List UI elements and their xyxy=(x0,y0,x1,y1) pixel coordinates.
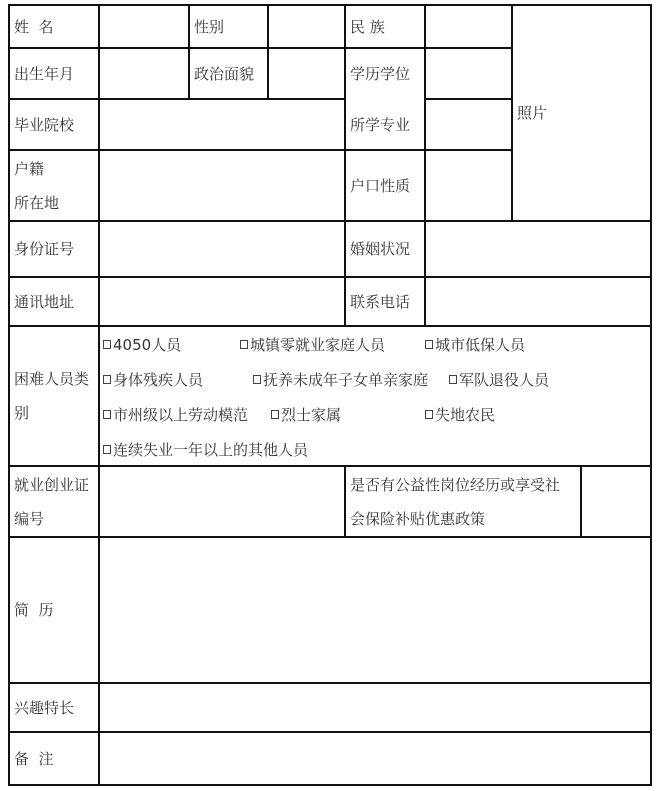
label-hardship: 困难人员类别 xyxy=(10,327,98,465)
label-school: 毕业院校 xyxy=(10,100,98,149)
hobbies-field[interactable] xyxy=(100,684,650,731)
household-type-field[interactable] xyxy=(426,151,511,220)
resume-field[interactable] xyxy=(100,538,650,682)
label-gender: 性别 xyxy=(190,6,267,47)
hardship-option[interactable]: 市州级以上劳动模范 xyxy=(103,405,248,425)
checkbox-icon[interactable] xyxy=(103,410,111,419)
label-employment-cert-line2: 编号 xyxy=(14,502,44,536)
label-political: 政治面貌 xyxy=(190,49,267,98)
label-subsidy-line1: 是否有公益性岗位经历或享受社 xyxy=(350,468,560,502)
checkbox-icon[interactable] xyxy=(103,445,111,454)
checkbox-icon[interactable] xyxy=(240,340,248,349)
label-education: 学历学位 xyxy=(346,49,424,98)
label-phone: 联系电话 xyxy=(346,278,424,325)
label-resume: 简 历 xyxy=(10,538,98,682)
household-field[interactable] xyxy=(100,151,344,220)
border xyxy=(650,4,652,786)
option-label: 城市低保人员 xyxy=(435,336,525,354)
label-household-line2: 所在地 xyxy=(14,186,59,220)
label-name: 姓 名 xyxy=(10,6,98,47)
option-label: 身体残疾人员 xyxy=(113,371,203,389)
label-major: 所学专业 xyxy=(346,100,424,149)
phone-field[interactable] xyxy=(426,278,650,325)
label-employment-cert: 就业创业证 编号 xyxy=(10,467,98,536)
political-field[interactable] xyxy=(269,49,344,98)
hardship-option[interactable]: 连续失业一年以上的其他人员 xyxy=(103,440,308,460)
hardship-option[interactable]: 烈士家属 xyxy=(271,405,341,425)
border xyxy=(8,784,652,786)
checkbox-icon[interactable] xyxy=(425,340,433,349)
checkbox-icon[interactable] xyxy=(103,375,111,384)
label-household-type: 户口性质 xyxy=(346,151,424,220)
remarks-field[interactable] xyxy=(100,733,650,784)
checkbox-icon[interactable] xyxy=(103,340,111,349)
border xyxy=(8,325,652,327)
marital-field[interactable] xyxy=(426,222,650,276)
hardship-option[interactable]: 4050人员 xyxy=(103,335,181,355)
checkbox-icon[interactable] xyxy=(271,410,279,419)
school-field[interactable] xyxy=(100,100,344,149)
subsidy-field[interactable] xyxy=(582,467,650,536)
photo-area[interactable]: 照片 xyxy=(513,6,650,220)
hardship-option[interactable]: 城市低保人员 xyxy=(425,335,525,355)
id-field[interactable] xyxy=(100,222,344,276)
checkbox-icon[interactable] xyxy=(449,375,457,384)
hardship-option[interactable]: 失地农民 xyxy=(425,405,495,425)
label-remarks: 备 注 xyxy=(10,733,98,784)
label-employment-cert-line1: 就业创业证 xyxy=(14,468,89,502)
option-label: 城镇零就业家庭人员 xyxy=(250,336,385,354)
label-household: 户籍 所在地 xyxy=(10,151,98,220)
checkbox-icon[interactable] xyxy=(425,410,433,419)
employment-cert-field[interactable] xyxy=(100,467,344,536)
option-label: 连续失业一年以上的其他人员 xyxy=(113,441,308,459)
option-label: 抚养未成年子女单亲家庭 xyxy=(263,371,428,389)
label-subsidy: 是否有公益性岗位经历或享受社 会保险补贴优惠政策 xyxy=(346,467,580,536)
label-hobbies: 兴趣特长 xyxy=(10,684,98,731)
label-marital: 婚姻状况 xyxy=(346,222,424,276)
option-label: 失地农民 xyxy=(435,406,495,424)
label-household-line1: 户籍 xyxy=(14,152,44,186)
hardship-option[interactable]: 抚养未成年子女单亲家庭 xyxy=(253,370,428,390)
ethnicity-field[interactable] xyxy=(426,6,511,47)
education-field[interactable] xyxy=(426,49,511,98)
label-address: 通讯地址 xyxy=(10,278,98,325)
birth-field[interactable] xyxy=(100,49,188,98)
address-field[interactable] xyxy=(100,278,344,325)
label-id: 身份证号 xyxy=(10,222,98,276)
name-field[interactable] xyxy=(100,6,188,47)
checkbox-icon[interactable] xyxy=(253,375,261,384)
label-ethnicity: 民 族 xyxy=(346,6,424,47)
hardship-option[interactable]: 身体残疾人员 xyxy=(103,370,203,390)
label-subsidy-line2: 会保险补贴优惠政策 xyxy=(350,502,485,536)
gender-field[interactable] xyxy=(269,6,344,47)
option-label: 烈士家属 xyxy=(281,406,341,424)
option-label: 4050人员 xyxy=(113,336,181,354)
major-field[interactable] xyxy=(426,100,511,149)
option-label: 市州级以上劳动模范 xyxy=(113,406,248,424)
option-label: 军队退役人员 xyxy=(459,371,549,389)
hardship-option[interactable]: 城镇零就业家庭人员 xyxy=(240,335,385,355)
label-birth: 出生年月 xyxy=(10,49,98,98)
hardship-option[interactable]: 军队退役人员 xyxy=(449,370,549,390)
